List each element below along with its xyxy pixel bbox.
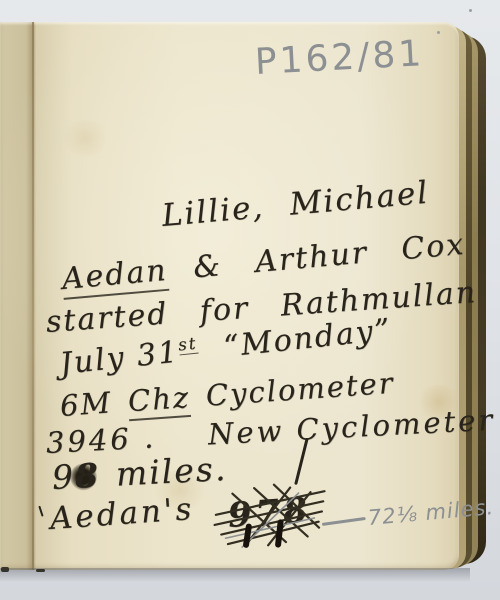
blotted-digit: 8 [74,456,101,496]
word-gap [113,411,129,412]
cover-edge-mark [1,567,9,572]
underlined-abbrev: Chz [127,380,192,421]
scratch-out-marks [212,477,337,555]
scratched-out-number: 978 [227,490,313,536]
word-gap [183,444,209,445]
word-gap [101,486,117,487]
cover-edge-mark [36,569,45,572]
notebook-photo: P162/81 Lillie, Michael Aedan& Arthur Co… [0,0,500,600]
dust-speck [437,31,440,34]
date-ordinal: st [177,334,198,356]
gutter-crease [32,22,34,570]
word-gap [191,406,207,407]
word-gap [199,357,225,360]
line-5-pre: 6M [59,385,113,423]
word-gap [157,446,183,447]
dust-speck [469,9,472,12]
word-gap [168,277,194,279]
page-shadow [0,568,470,582]
